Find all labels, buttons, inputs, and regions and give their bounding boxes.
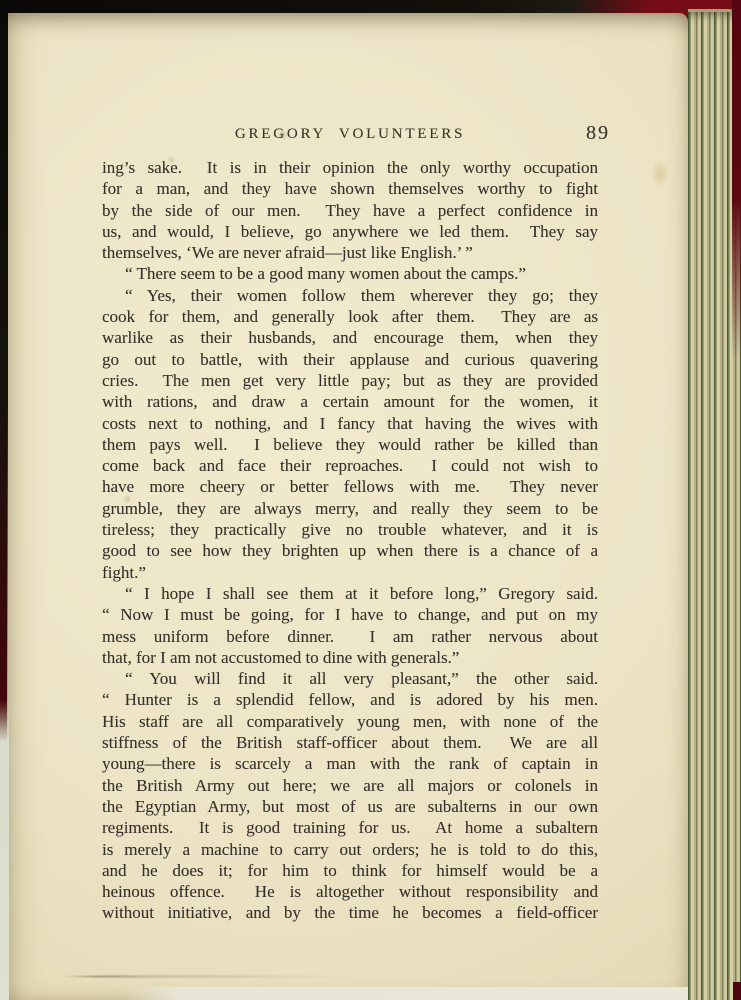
top-shadow-band [0, 0, 648, 13]
text-line: ing’s sake. It is in their opinion the o… [102, 157, 598, 178]
paper-stain [167, 156, 176, 164]
text-line: grumble, they are always merry, and real… [102, 498, 598, 519]
text-line: warlike as their husbands, and encourage… [102, 327, 598, 348]
text-line: young—there is scarcely a man with the r… [102, 753, 598, 774]
text-line: “ Yes, their women follow them wherever … [102, 285, 598, 306]
facing-page-edge [0, 700, 9, 1000]
text-line: heinous offence. He is altogether withou… [102, 881, 598, 902]
text-line: the British Army out here; we are all ma… [102, 775, 598, 796]
paper-stain [651, 159, 669, 189]
text-line: “ Now I must be going, for I have to cha… [102, 604, 598, 625]
text-line: them pays well. I believe they would rat… [102, 434, 598, 455]
cover-red-edge [732, 0, 741, 360]
text-line: with rations, and draw a certain amount … [102, 391, 598, 412]
text-line: stiffness of the British staff-officer a… [102, 732, 598, 753]
text-line: tireless; they practically give no troub… [102, 519, 598, 540]
paragraph: “ I hope I shall see them at it before l… [102, 583, 598, 668]
text-line: themselves, ‘We are never afraid—just li… [102, 242, 598, 263]
text-line: mess uniform before dinner. I am rather … [102, 626, 598, 647]
text-line: and he does it; for him to think for him… [102, 860, 598, 881]
text-line: by the side of our men. They have a perf… [102, 200, 598, 221]
book-photo: GREGORY VOLUNTEERS 89 ing’s sake. It is … [0, 0, 741, 1000]
text-line: “ Hunter is a splendid fellow, and is ad… [102, 689, 598, 710]
paragraph: “ Yes, their women follow them wherever … [102, 285, 598, 583]
text-line: is merely a machine to carry out orders;… [102, 839, 598, 860]
page-crease [59, 975, 349, 978]
text-line: us, and would, I believe, go anywhere we… [102, 221, 598, 242]
text-line: good to see how they brighten up when th… [102, 540, 598, 561]
page-header-title: GREGORY VOLUNTEERS [235, 126, 465, 142]
body-text: ing’s sake. It is in their opinion the o… [102, 157, 598, 924]
bottom-page-edge [123, 987, 688, 1000]
paragraph: “ There seem to be a good many women abo… [102, 263, 598, 284]
cover-red-corner [733, 982, 741, 1000]
left-shadow-edge [0, 0, 8, 730]
text-line: His staff are all comparatively young me… [102, 711, 598, 732]
text-line: cries. The men get very little pay; but … [102, 370, 598, 391]
paper-stain [277, 130, 288, 140]
text-line: “ There seem to be a good many women abo… [102, 263, 598, 284]
text-line: without initiative, and by the time he b… [102, 902, 598, 923]
paper-stain [123, 495, 132, 503]
text-line: for a man, and they have shown themselve… [102, 178, 598, 199]
paragraph: ing’s sake. It is in their opinion the o… [102, 157, 598, 263]
paragraph: “ You will find it all very pleasant,” t… [102, 668, 598, 924]
book-page: GREGORY VOLUNTEERS 89 ing’s sake. It is … [7, 13, 688, 1000]
text-line: regiments. It is good training for us. A… [102, 817, 598, 838]
text-line: “ You will find it all very pleasant,” t… [102, 668, 598, 689]
text-line: that, for I am not accustomed to dine wi… [102, 647, 598, 668]
text-line: costs next to nothing, and I fancy that … [102, 413, 598, 434]
text-line: have more cheery or better fellows with … [102, 476, 598, 497]
running-head: GREGORY VOLUNTEERS 89 [102, 125, 598, 149]
text-line: come back and face their reproaches. I c… [102, 455, 598, 476]
page-number: 89 [586, 122, 610, 145]
text-line: fight.” [102, 562, 598, 583]
text-line: go out to battle, with their applause an… [102, 349, 598, 370]
text-line: cook for them, and generally look after … [102, 306, 598, 327]
text-line: the Egyptian Army, but most of us are su… [102, 796, 598, 817]
text-line: “ I hope I shall see them at it before l… [102, 583, 598, 604]
